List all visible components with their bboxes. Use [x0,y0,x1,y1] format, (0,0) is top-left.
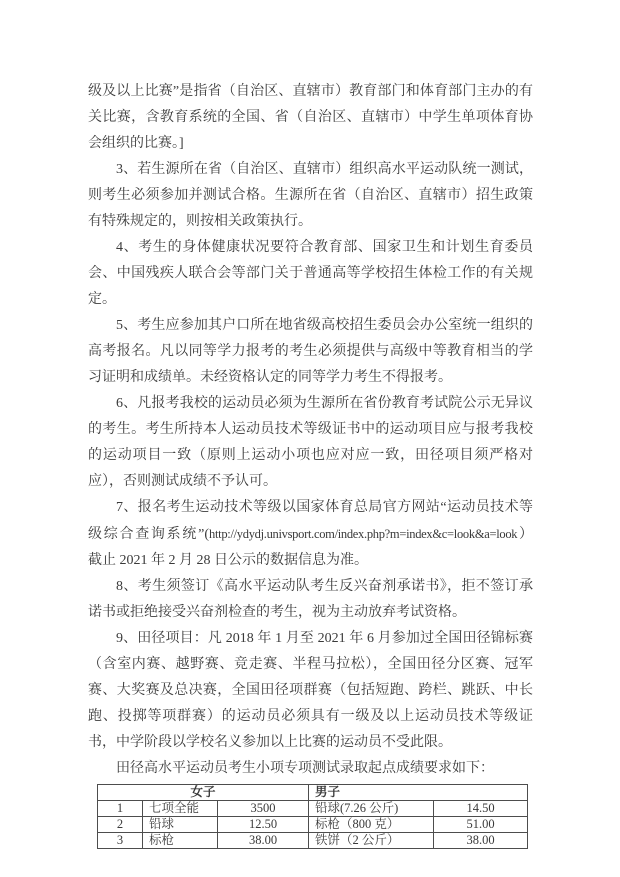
female-score-cell: 38.00 [218,833,309,849]
table-row: 2 铅球 12.50 标枪（800 克） 51.00 [98,817,528,833]
table-header-row: 女子 男子 [98,785,528,801]
table-header-female: 女子 [98,785,309,801]
row-number-cell: 1 [98,801,143,817]
document-body: 级及以上比赛”是指省（自治区、直辖市）教育部门和体育部门主办的有关比赛，含教育系… [88,79,533,849]
row-number-cell: 2 [98,817,143,833]
male-score-cell: 38.00 [434,833,528,849]
paragraph-item-4: 4、考生的身体健康状况要符合教育部、国家卫生和计划生育委员会、中国残疾人联合会等… [88,235,533,313]
scores-table: 女子 男子 1 七项全能 3500 铅球(7.26 公斤) 14.50 2 铅球… [97,784,528,849]
row-number-cell: 3 [98,833,143,849]
male-event-cell: 标枪（800 克） [309,817,434,833]
paragraph-item-8: 8、考生须签订《高水平运动队考生反兴奋剂承诺书》，拒不签订承诺书或拒绝接受兴奋剂… [88,574,533,626]
table-header-male: 男子 [309,785,528,801]
table-row: 3 标枪 38.00 铁饼（2 公斤） 38.00 [98,833,528,849]
paragraph-item-9: 9、田径项目：凡 2018 年 1 月至 2021 年 6 月参加过全国田径锦标… [88,626,533,756]
female-score-cell: 12.50 [218,817,309,833]
female-event-cell: 七项全能 [143,801,218,817]
female-score-cell: 3500 [218,801,309,817]
url-text: http://ydydj.univsport.com/index.php?m=i… [209,527,517,541]
paragraph-item-7: 7、报名考生运动技术等级以国家体育总局官方网站“运动员技术等级综合查询系统”(h… [88,495,533,574]
paragraph-item-6: 6、凡报考我校的运动员必须为生源所在省份教育考试院公示无异议的考生。考生所持本人… [88,391,533,495]
male-event-cell: 铁饼（2 公斤） [309,833,434,849]
male-score-cell: 51.00 [434,817,528,833]
table-row: 1 七项全能 3500 铅球(7.26 公斤) 14.50 [98,801,528,817]
female-event-cell: 铅球 [143,817,218,833]
paragraph-item-3: 3、若生源所在省（自治区、直辖市）组织高水平运动队统一测试，则考生必须参加并测试… [88,157,533,235]
female-event-cell: 标枪 [143,833,218,849]
paragraph-continuation: 级及以上比赛”是指省（自治区、直辖市）教育部门和体育部门主办的有关比赛，含教育系… [88,79,533,157]
document-page: 级及以上比赛”是指省（自治区、直辖市）教育部门和体育部门主办的有关比赛，含教育系… [0,0,620,877]
male-score-cell: 14.50 [434,801,528,817]
paragraph-item-5: 5、考生应参加其户口所在地省级高校招生委员会办公室统一组织的高考报名。凡以同等学… [88,313,533,391]
male-event-cell: 铅球(7.26 公斤) [309,801,434,817]
table-caption: 田径高水平运动员考生小项专项测试录取起点成绩要求如下： [88,756,533,782]
